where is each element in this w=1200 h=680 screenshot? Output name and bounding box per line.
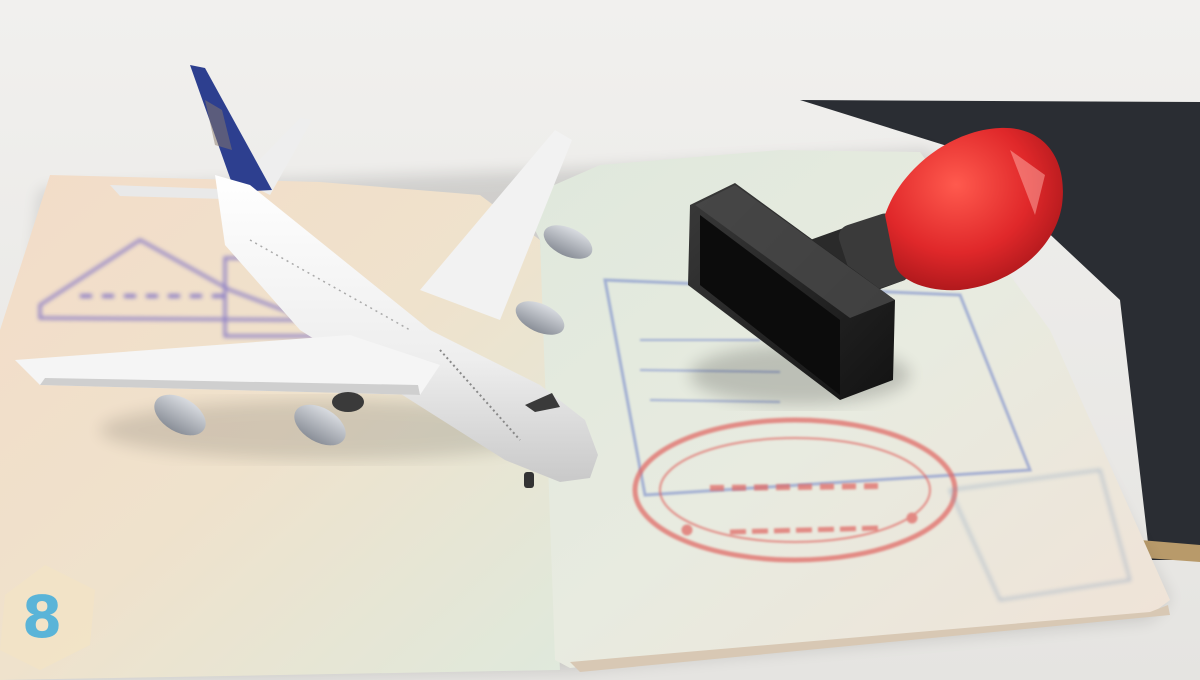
- svg-text:8: 8: [22, 583, 62, 651]
- photo-illustration: 8: [0, 0, 1200, 680]
- photo-scene: 8: [0, 0, 1200, 680]
